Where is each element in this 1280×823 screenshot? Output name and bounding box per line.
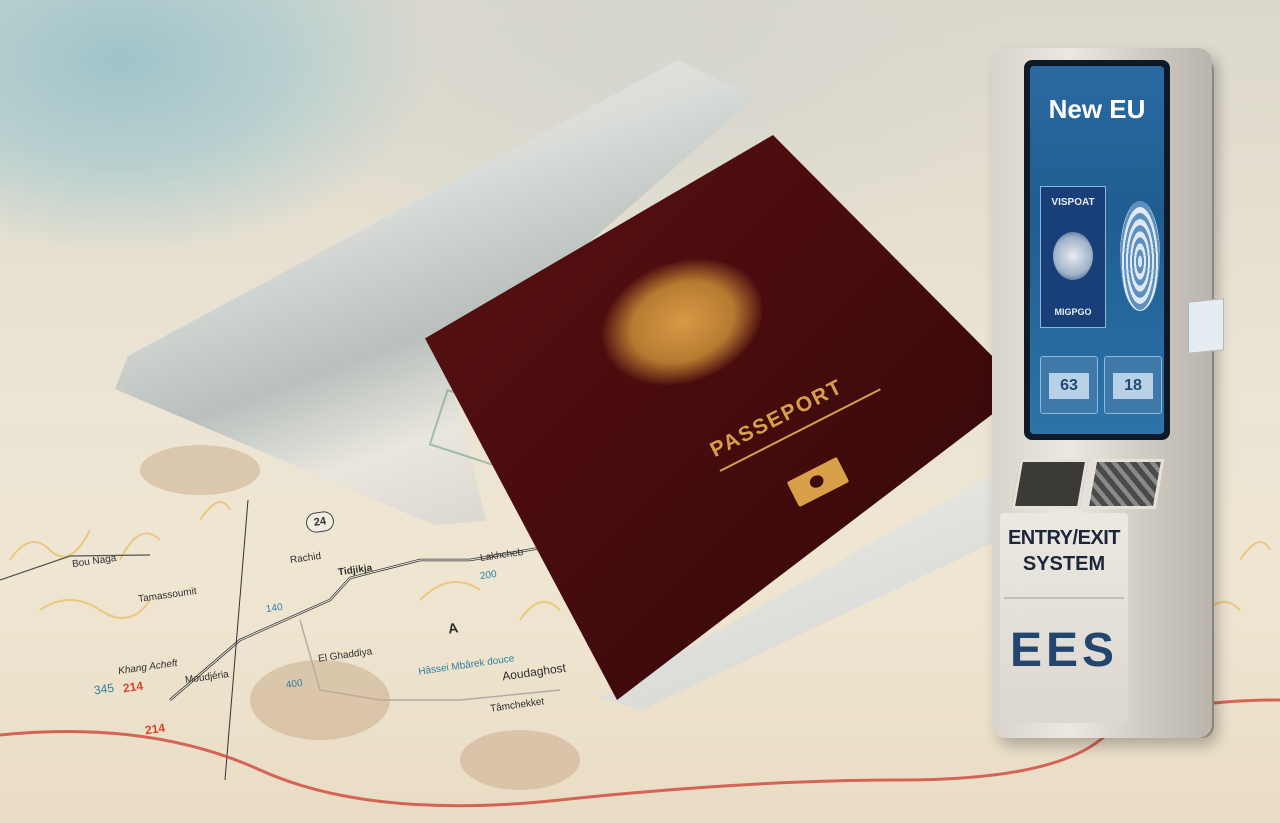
- kiosk-passport-card: VISPOAT MIGPGO: [1040, 186, 1106, 328]
- kiosk-sign-line1: ENTRY/EXIT: [1000, 527, 1128, 550]
- kiosk-card-label: VISPOAT: [1041, 197, 1105, 208]
- card-reader: [1188, 298, 1224, 354]
- fingerprint-icon: [1120, 201, 1160, 311]
- kiosk-base: ENTRY/EXIT SYSTEM EES: [994, 453, 1182, 738]
- kiosk-sign-divider: [1004, 597, 1124, 599]
- kiosk-screen-title: New EU: [1030, 94, 1164, 125]
- kiosk-sign: ENTRY/EXIT SYSTEM EES: [1000, 513, 1128, 723]
- map-place-label: A: [447, 619, 459, 636]
- seal-icon: [1053, 232, 1093, 280]
- passport-scanner-slot: [1012, 459, 1089, 509]
- map-number-label: 200: [479, 569, 497, 582]
- map-number-label: 400: [285, 678, 303, 691]
- kiosk-card-footer: MIGPGO: [1041, 307, 1105, 317]
- photo-scene: 24 Bou Naga Tamassoumit Tidjikja Lakhche…: [0, 0, 1280, 823]
- kiosk-screen: New EU VISPOAT MIGPGO 63 18: [1024, 60, 1170, 440]
- map-number-label: 345: [93, 681, 115, 698]
- kiosk-sign-line2: SYSTEM: [1000, 553, 1128, 576]
- map-number-label: 214: [122, 679, 144, 696]
- ees-kiosk: New EU VISPOAT MIGPGO 63 18 ENTRY/E: [992, 48, 1224, 748]
- map-number-label: 214: [144, 721, 166, 738]
- kiosk-screen-button-1[interactable]: 63: [1040, 356, 1098, 414]
- kiosk-sign-acronym: EES: [1000, 623, 1128, 678]
- kiosk-screen-button-2[interactable]: 18: [1104, 356, 1162, 414]
- map-number-label: 140: [265, 602, 283, 615]
- fingerprint-scanner-pad: [1086, 459, 1165, 509]
